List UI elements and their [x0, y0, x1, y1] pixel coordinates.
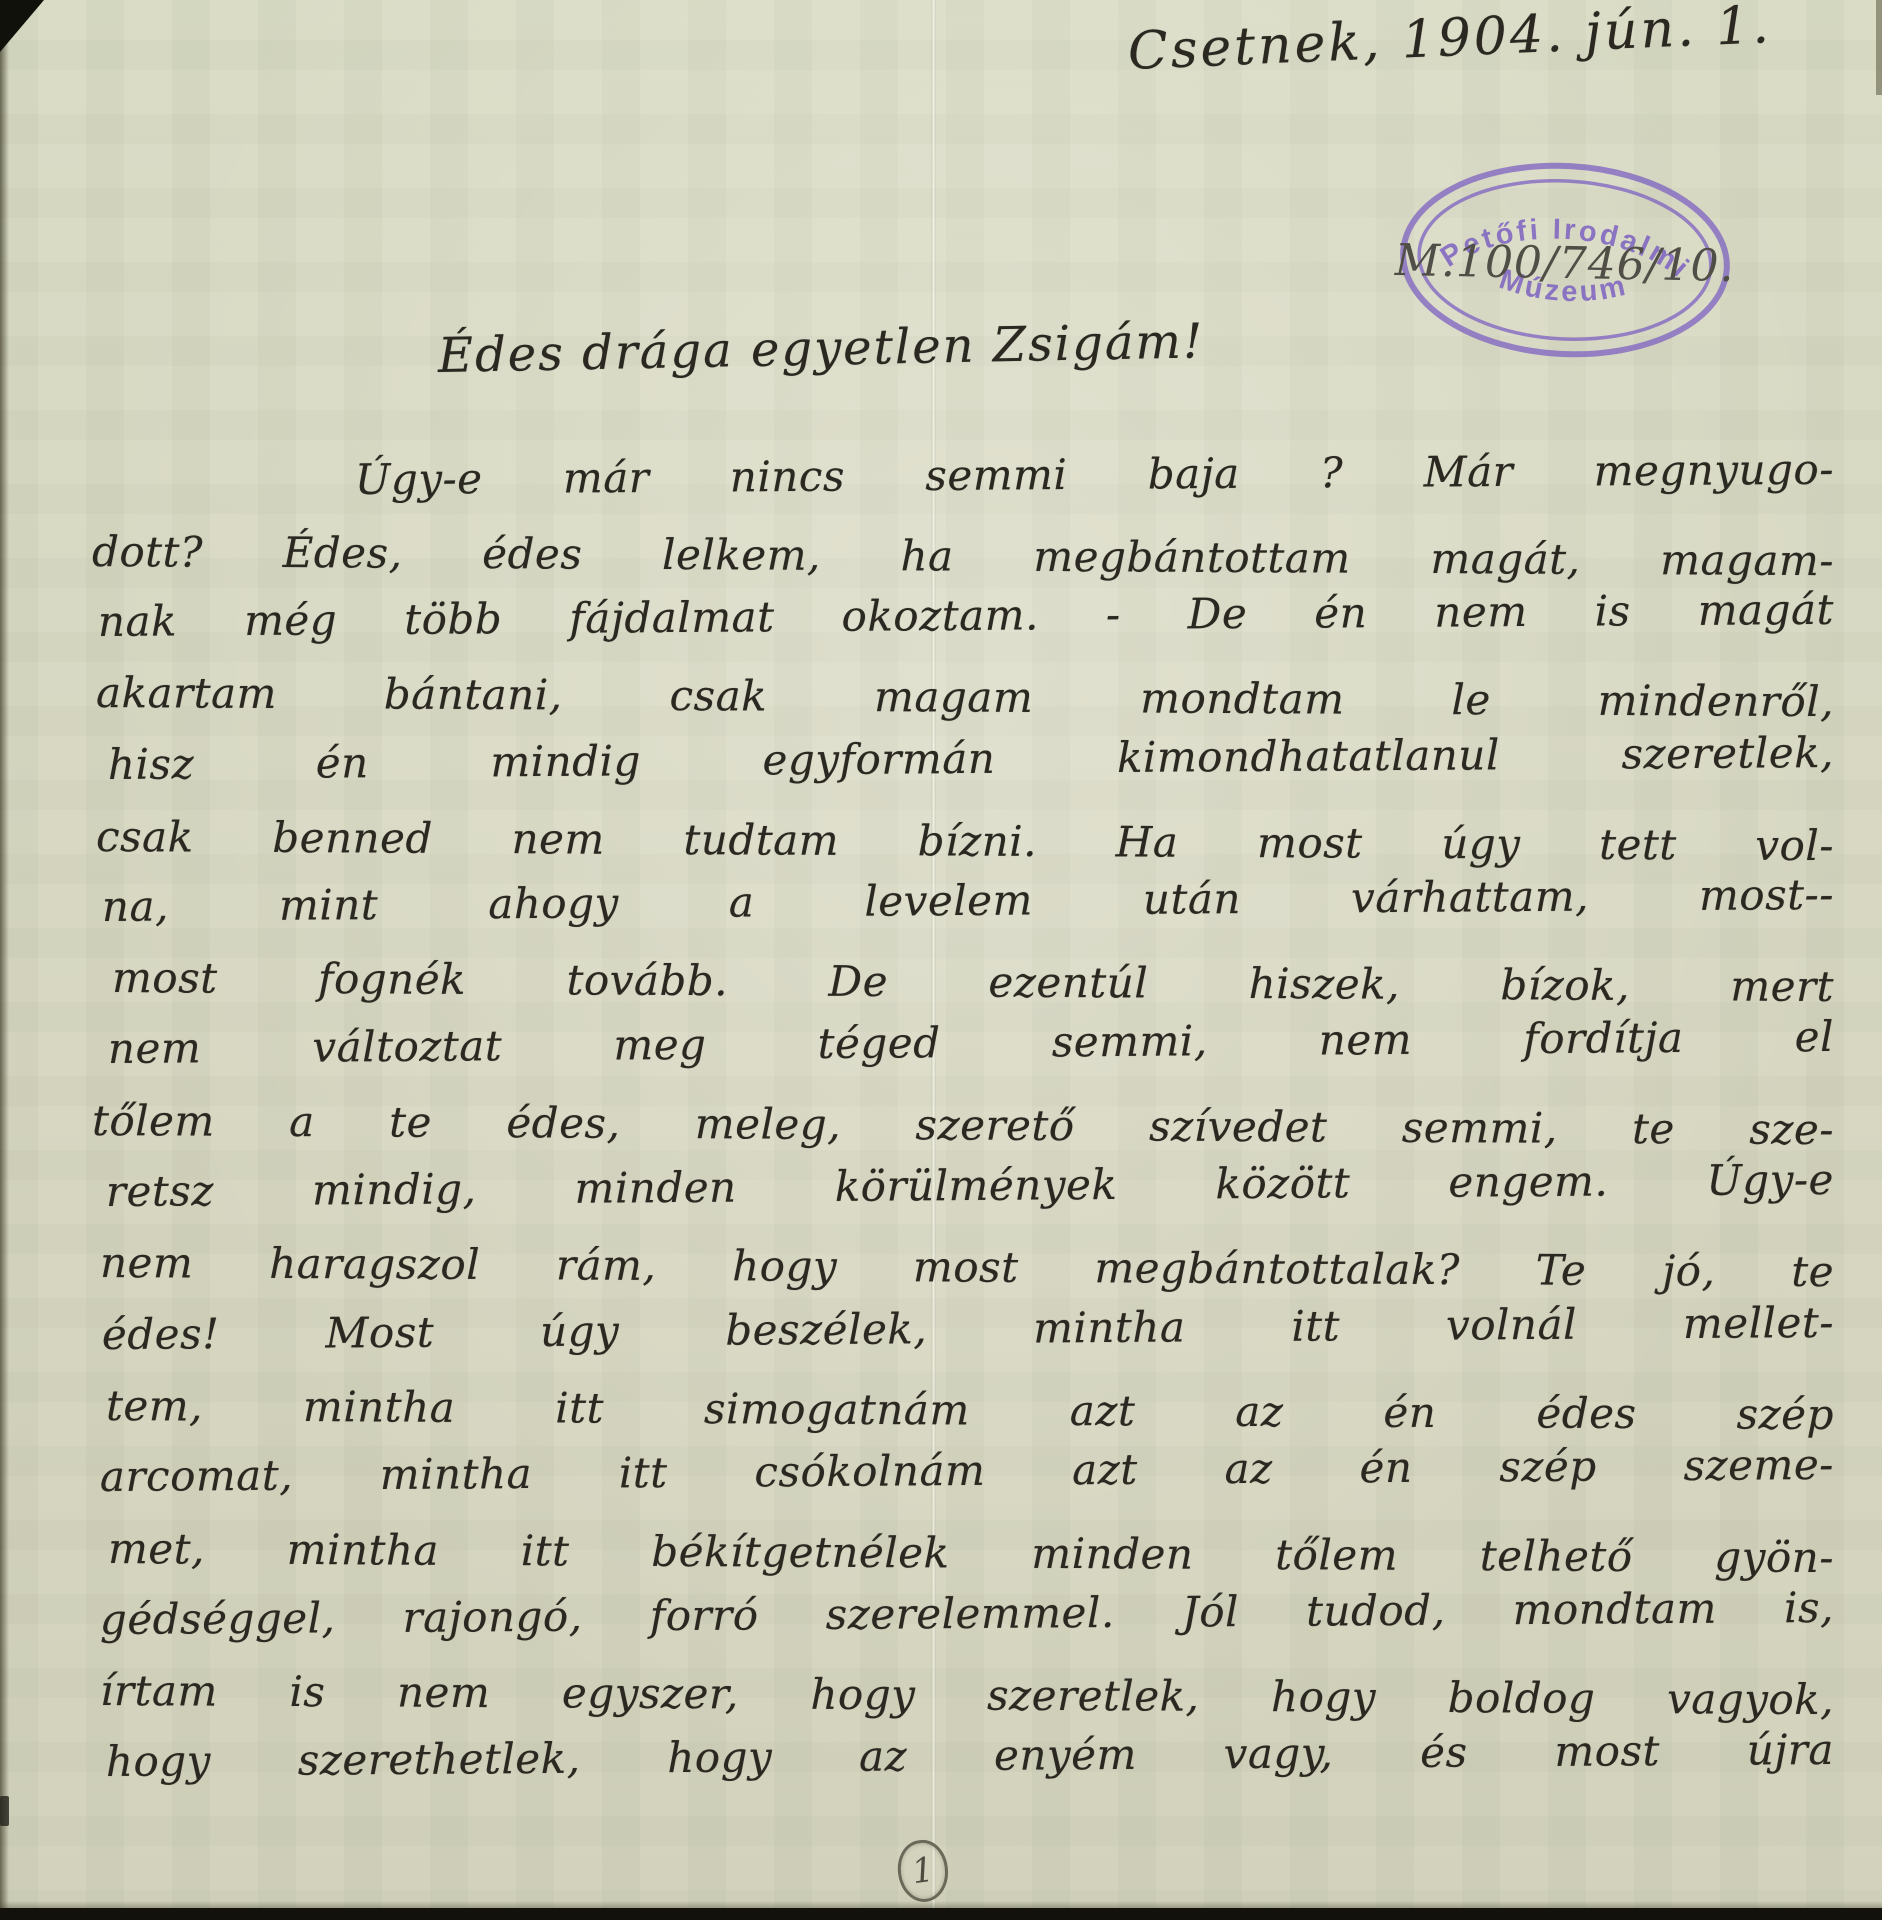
body-line: gédséggel, rajongó, forró szerelemmel. J…	[100, 1583, 1834, 1657]
scan-edge-mark	[0, 1796, 9, 1826]
museum-stamp: Petőfi Irodalmi Múzeum M.100/746/10.	[1387, 147, 1743, 373]
body-line: akartam bántani, csak magam mondtam le m…	[96, 668, 1834, 739]
body-line: arcomat, mintha itt csókolnám azt az én …	[100, 1440, 1834, 1514]
body-line: na, mint ahogy a levelem után várhattam,…	[102, 870, 1834, 944]
body-line: retsz mindig, minden körülmények között …	[106, 1155, 1834, 1229]
body-line: nem haragszol rám, hogy most megbántotta…	[100, 1238, 1834, 1309]
scan-edge-left	[0, 0, 9, 1920]
scan-edge-bottom	[0, 1908, 1882, 1920]
body-line: édes! Most úgy beszélek, mintha itt voln…	[102, 1298, 1834, 1372]
scanned-letter-page: { "letter": { "dateline": "Csetnek, 1904…	[0, 0, 1882, 1920]
scan-bottom-shadow	[0, 1901, 1882, 1908]
body-line: nem változtat meg téged semmi, nem fordí…	[108, 1012, 1834, 1086]
page-number: 1	[909, 1850, 936, 1893]
body-line: hisz én mindig egyformán kimondhatatlanu…	[108, 728, 1834, 802]
stamp-catalog-number: M.100/746/10.	[1393, 235, 1734, 292]
body-line: nak még több fájdalmat okoztam. - De én …	[98, 585, 1834, 659]
scan-edge-right	[1876, 0, 1882, 95]
scan-corner-artifact	[0, 0, 44, 52]
body-line: hogy szerethetlek, hogy az enyém vagy, é…	[106, 1725, 1834, 1799]
body-line: Úgy-e már nincs semmi baja ? Már megnyug…	[355, 445, 1834, 517]
